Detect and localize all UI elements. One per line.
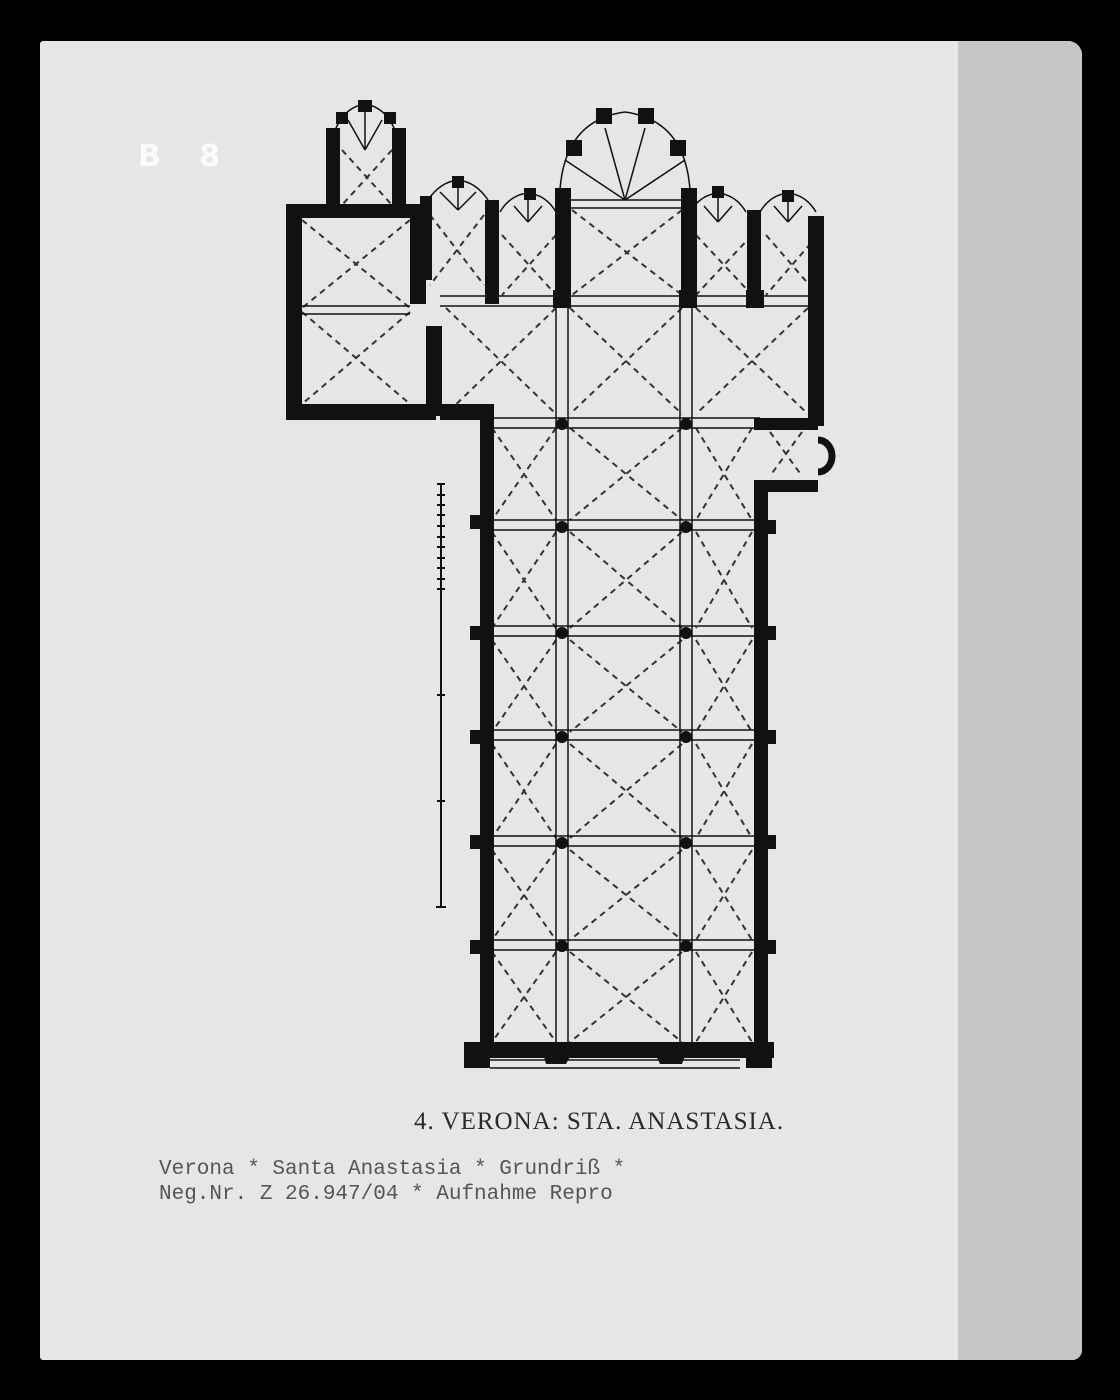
plate-caption: 4. VERONA: STA. ANASTASIA. <box>414 1108 784 1136</box>
archive-line-1: Verona * Santa Anastasia * Grundriß * <box>159 1157 625 1182</box>
archive-record: Verona * Santa Anastasia * Grundriß *Neg… <box>159 1157 625 1207</box>
card-edge-strip <box>958 41 1082 1360</box>
archive-line-2: Neg.Nr. Z 26.947/04 * Aufnahme Repro <box>159 1182 625 1207</box>
floor-plan <box>40 41 958 1141</box>
photo-card: B 8 <box>40 41 1082 1360</box>
scale-bar <box>436 484 446 907</box>
